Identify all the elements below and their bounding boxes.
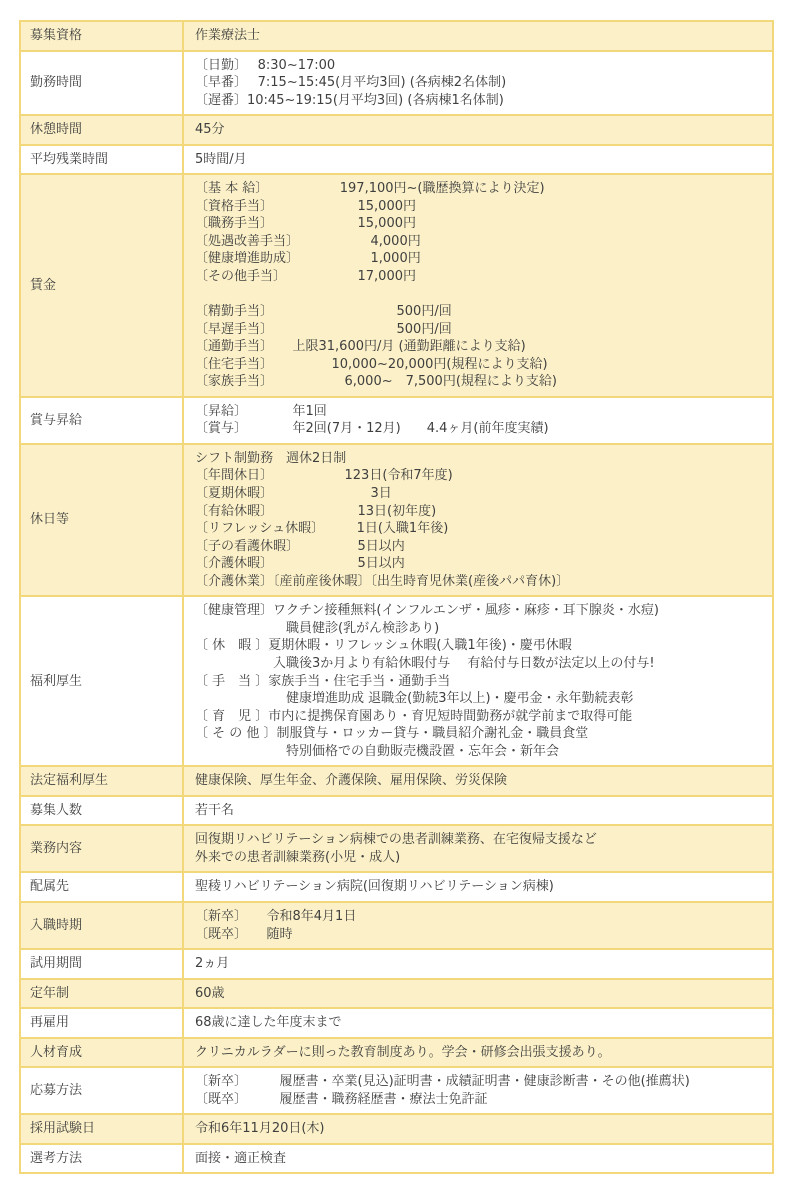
row-value: 聖稜リハビリテーション病院(回復期リハビリテーション病棟) bbox=[183, 872, 773, 902]
row-value: 60歳 bbox=[183, 979, 773, 1009]
table-row: 募集資格 作業療法士 bbox=[20, 21, 773, 51]
table-row: 再雇用 68歳に達した年度末まで bbox=[20, 1008, 773, 1038]
row-label: 休憩時間 bbox=[20, 115, 183, 145]
job-spec-table: 募集資格 作業療法士 勤務時間 〔日勤〕 8:30~17:00 〔早番〕 7:1… bbox=[19, 20, 774, 1174]
row-label: 採用試験日 bbox=[20, 1114, 183, 1144]
row-value: 〔新卒〕 履歴書・卒業(見込)証明書・成績証明書・健康診断書・その他(推薦状) … bbox=[183, 1067, 773, 1114]
row-value: 〔健康管理〕ワクチン接種無料(インフルエンザ・風疹・麻疹・耳下腺炎・水痘) 職員… bbox=[183, 596, 773, 766]
row-value: 〔日勤〕 8:30~17:00 〔早番〕 7:15~15:45(月平均3回) (… bbox=[183, 51, 773, 116]
table-row: 賞与昇給 〔昇給〕 年1回 〔賞与〕 年2回(7月・12月) 4.4ヶ月(前年度… bbox=[20, 397, 773, 444]
table-row: 募集人数 若干名 bbox=[20, 796, 773, 826]
table-row: 試用期間 2ヵ月 bbox=[20, 949, 773, 979]
table-row: 休日等 シフト制勤務 週休2日制 〔年間休日〕 123日(令和7年度) 〔夏期休… bbox=[20, 444, 773, 596]
row-label: 募集人数 bbox=[20, 796, 183, 826]
table-row: 業務内容 回復期リハビリテーション病棟での患者訓練業務、在宅復帰支援など 外来で… bbox=[20, 825, 773, 872]
table-row: 平均残業時間 5時間/月 bbox=[20, 145, 773, 175]
row-label: 再雇用 bbox=[20, 1008, 183, 1038]
row-value: 5時間/月 bbox=[183, 145, 773, 175]
table-row: 採用試験日 令和6年11月20日(木) bbox=[20, 1114, 773, 1144]
row-value: 〔昇給〕 年1回 〔賞与〕 年2回(7月・12月) 4.4ヶ月(前年度実績) bbox=[183, 397, 773, 444]
row-label: 法定福利厚生 bbox=[20, 766, 183, 796]
table-row: 福利厚生 〔健康管理〕ワクチン接種無料(インフルエンザ・風疹・麻疹・耳下腺炎・水… bbox=[20, 596, 773, 766]
row-value: 〔新卒〕 令和8年4月1日 〔既卒〕 随時 bbox=[183, 902, 773, 949]
row-value: 作業療法士 bbox=[183, 21, 773, 51]
table-row: 応募方法 〔新卒〕 履歴書・卒業(見込)証明書・成績証明書・健康診断書・その他(… bbox=[20, 1067, 773, 1114]
row-label: 定年制 bbox=[20, 979, 183, 1009]
row-value: 2ヵ月 bbox=[183, 949, 773, 979]
row-value: 面接・適正検査 bbox=[183, 1144, 773, 1174]
table-row: 配属先 聖稜リハビリテーション病院(回復期リハビリテーション病棟) bbox=[20, 872, 773, 902]
row-label: 選考方法 bbox=[20, 1144, 183, 1174]
row-label: 応募方法 bbox=[20, 1067, 183, 1114]
row-value: 若干名 bbox=[183, 796, 773, 826]
row-value: クリニカルラダーに則った教育制度あり。学会・研修会出張支援あり。 bbox=[183, 1038, 773, 1068]
row-value: シフト制勤務 週休2日制 〔年間休日〕 123日(令和7年度) 〔夏期休暇〕 3… bbox=[183, 444, 773, 596]
row-value: 45分 bbox=[183, 115, 773, 145]
table-row: 法定福利厚生 健康保険、厚生年金、介護保険、雇用保険、労災保険 bbox=[20, 766, 773, 796]
row-label: 人材育成 bbox=[20, 1038, 183, 1068]
table-row: 賃金 〔基 本 給〕 197,100円~(職歴換算により決定) 〔資格手当〕 1… bbox=[20, 174, 773, 397]
row-value: 令和6年11月20日(木) bbox=[183, 1114, 773, 1144]
row-label: 業務内容 bbox=[20, 825, 183, 872]
row-label: 平均残業時間 bbox=[20, 145, 183, 175]
row-label: 入職時期 bbox=[20, 902, 183, 949]
row-value: 回復期リハビリテーション病棟での患者訓練業務、在宅復帰支援など 外来での患者訓練… bbox=[183, 825, 773, 872]
row-value: 〔基 本 給〕 197,100円~(職歴換算により決定) 〔資格手当〕 15,0… bbox=[183, 174, 773, 397]
row-label: 配属先 bbox=[20, 872, 183, 902]
row-label: 募集資格 bbox=[20, 21, 183, 51]
row-label: 福利厚生 bbox=[20, 596, 183, 766]
row-label: 休日等 bbox=[20, 444, 183, 596]
row-label: 勤務時間 bbox=[20, 51, 183, 116]
table-row: 人材育成 クリニカルラダーに則った教育制度あり。学会・研修会出張支援あり。 bbox=[20, 1038, 773, 1068]
table-row: 入職時期 〔新卒〕 令和8年4月1日 〔既卒〕 随時 bbox=[20, 902, 773, 949]
table-row: 勤務時間 〔日勤〕 8:30~17:00 〔早番〕 7:15~15:45(月平均… bbox=[20, 51, 773, 116]
row-label: 試用期間 bbox=[20, 949, 183, 979]
table-row: 定年制 60歳 bbox=[20, 979, 773, 1009]
row-value: 68歳に達した年度末まで bbox=[183, 1008, 773, 1038]
row-label: 賞与昇給 bbox=[20, 397, 183, 444]
table-row: 選考方法 面接・適正検査 bbox=[20, 1144, 773, 1174]
row-label: 賃金 bbox=[20, 174, 183, 397]
page: 募集資格 作業療法士 勤務時間 〔日勤〕 8:30~17:00 〔早番〕 7:1… bbox=[0, 0, 794, 1194]
row-value: 健康保険、厚生年金、介護保険、雇用保険、労災保険 bbox=[183, 766, 773, 796]
table-row: 休憩時間 45分 bbox=[20, 115, 773, 145]
